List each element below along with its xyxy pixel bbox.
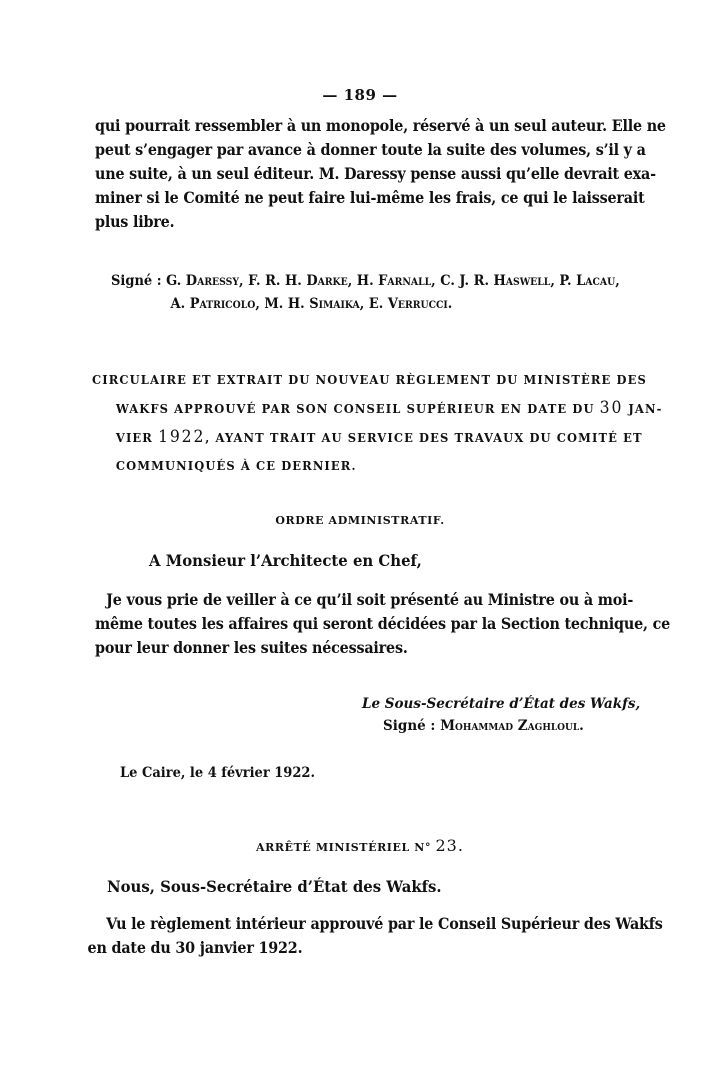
circular-heading: CIRCULAIRE ET EXTRAIT DU NOUVEAU RÈGLEME… [92,366,626,480]
signatory-names: G. Daressy, F. R. H. Darke, H. Farnall, … [166,273,620,289]
ordre-body: Je vous prie de veiller à ce qu’il soit … [95,588,625,660]
text-line: Je vous prie de veiller à ce qu’il soit … [95,588,625,612]
text-line: plus libre. [95,210,625,234]
ordre-heading: ORDRE ADMINISTRATIF. [0,514,720,527]
heading-line: WAKFS APPROUVÉ PAR SON CONSEIL SUPÉRIEUR… [92,394,626,423]
place-date: Le Caire, le 4 février 1922. [120,765,315,781]
heading-line: VIER 1922, AYANT TRAIT AU SERVICE DES TR… [92,423,626,452]
text-line: pour leur donner les suites nécessaires. [95,636,625,660]
signed-label: Signé : [111,273,166,289]
text-line: en date du 30 janvier 1922. [88,936,635,960]
text-line: une suite, à un seul éditeur. M. Daressy… [95,162,625,186]
signatory-title: Le Sous-Secrétaire d’État des Wakfs, [362,693,640,715]
text-line: peut s’engager par avance à donner toute… [95,138,625,162]
signatory-name: Mohammad Zaghloul. [440,718,584,734]
document-page: — 189 — qui pourrait ressembler à un mon… [0,0,720,1079]
heading-line: COMMUNIQUÉS À CE DERNIER. [92,452,626,480]
salutation: A Monsieur l’Architecte en Chef, [149,551,422,570]
nous-line: Nous, Sous-Secrétaire d’État des Wakfs. [107,877,442,896]
text-line: Vu le règlement intérieur approuvé par l… [95,912,634,936]
arrete-heading: ARRÊTÉ MINISTÉRIEL N° 23. [0,836,720,855]
page-number: — 189 — [0,86,720,104]
text-line: même toutes les affaires qui seront déci… [95,612,625,636]
text-line: miner si le Comité ne peut faire lui-mêm… [95,186,625,210]
signatory-names-continued: A. Patricolo, M. H. Simaika, E. Verrucci… [111,293,620,316]
heading-line: CIRCULAIRE ET EXTRAIT DU NOUVEAU RÈGLEME… [92,366,626,394]
intro-paragraph: qui pourrait ressembler à un monopole, r… [95,114,625,234]
text-line: qui pourrait ressembler à un monopole, r… [95,114,625,138]
vu-paragraph: Vu le règlement intérieur approuvé par l… [95,912,625,960]
signatures-block: Signé : G. Daressy, F. R. H. Darke, H. F… [111,270,620,316]
closing-signature: Le Sous-Secrétaire d’État des Wakfs, Sig… [362,693,640,737]
signed-label: Signé : [383,718,440,734]
